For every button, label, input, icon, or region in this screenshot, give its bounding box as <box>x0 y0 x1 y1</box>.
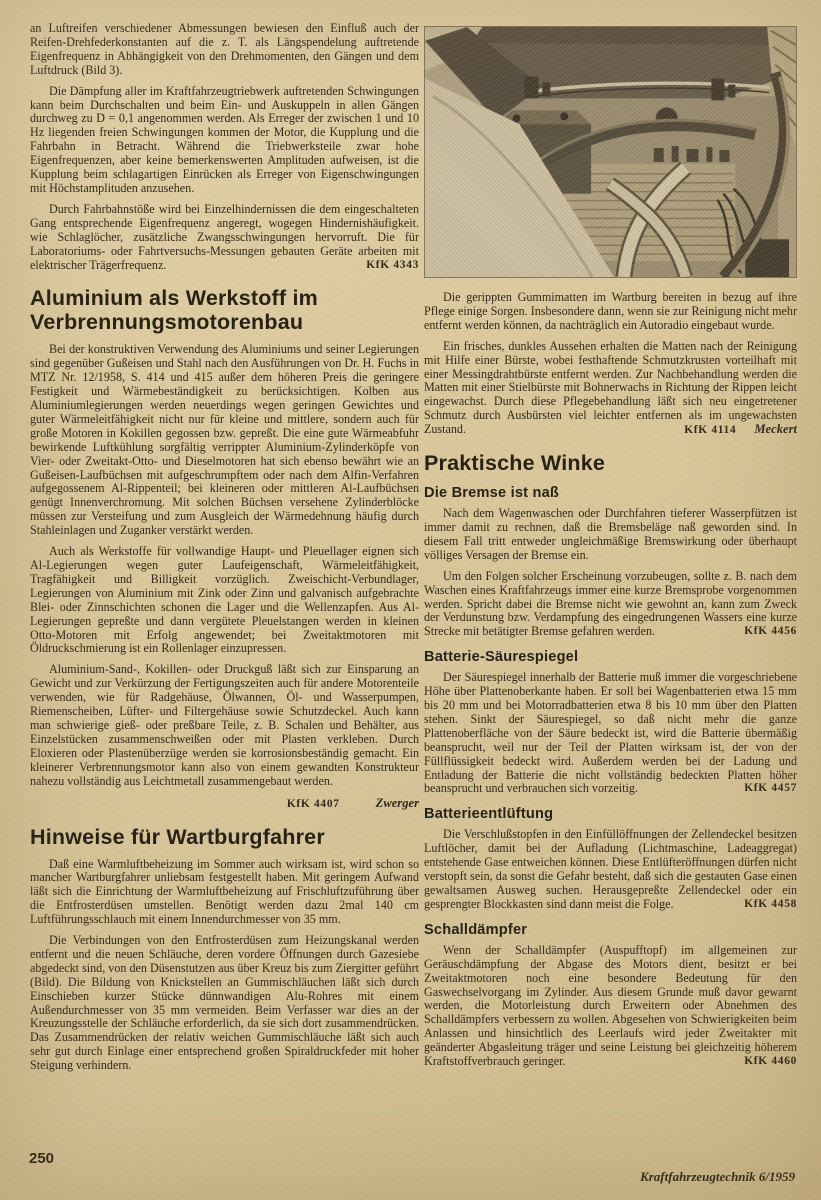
right-column: Die gerippten Gummimatten im Wartburg be… <box>424 26 797 1076</box>
paragraph: Aluminium-Sand-, Kokillen- oder Druckguß… <box>30 663 419 788</box>
paragraph: Die Dämpfung aller im Kraftfahrzeugtrieb… <box>30 85 419 196</box>
paragraph: an Luftreifen verschiedener Abmessungen … <box>30 22 419 78</box>
kfk-reference: KfK 4458 <box>725 898 797 912</box>
article-title-praktische-winke: Praktische Winke <box>424 451 797 475</box>
paragraph: Die gerippten Gummimatten im Wartburg be… <box>424 291 797 333</box>
section-title-saeurespiegel: Batterie-Säurespiegel <box>424 649 797 666</box>
paragraph: Auch als Werkstoffe für vollwandige Haup… <box>30 545 419 656</box>
left-column: an Luftreifen verschiedener Abmessungen … <box>30 22 419 1080</box>
paragraph: Die Verbindungen von den Entfrosterdüsen… <box>30 934 419 1073</box>
section-title-bremse: Die Bremse ist naß <box>424 485 797 502</box>
kfk-reference: KfK 4407 <box>287 798 340 810</box>
paragraph: Durch Fahrbahnstöße wird bei Einzelhinde… <box>30 203 419 273</box>
kfk-reference: KfK 4457 <box>725 782 797 796</box>
paragraph-text: Der Säurespiegel innerhalb der Batterie … <box>424 670 797 795</box>
engine-bay-photo-art <box>425 27 796 277</box>
engine-bay-photo <box>424 26 797 278</box>
paragraph: Nach dem Wagenwaschen oder Durchfahren t… <box>424 507 797 563</box>
reference-group: KfK 4114Meckert <box>665 423 797 438</box>
paragraph-text: Wenn der Schalldämpfer (Auspufftopf) im … <box>424 943 797 1068</box>
paragraph: Die Verschlußstopfen in den Einfüllöffnu… <box>424 828 797 911</box>
section-title-schalldaempfer: Schalldämpfer <box>424 922 797 939</box>
paragraph: Daß eine Warmluftbeheizung im Sommer auc… <box>30 858 419 928</box>
kfk-reference: KfK 4456 <box>725 625 797 639</box>
kfk-reference: KfK 4343 <box>347 259 419 273</box>
journal-footer: Kraftfahrzeugtechnik 6/1959 <box>640 1169 795 1185</box>
paragraph-text: Ein frisches, dunkles Aussehen erhalten … <box>424 339 797 436</box>
magazine-page: an Luftreifen verschiedener Abmessungen … <box>0 0 821 1200</box>
paragraph: Der Säurespiegel innerhalb der Batterie … <box>424 671 797 796</box>
page-number: 250 <box>29 1150 54 1167</box>
paragraph: Wenn der Schalldämpfer (Auspufftopf) im … <box>424 944 797 1069</box>
signature-line: KfK 4407Zwerger <box>30 796 419 811</box>
paragraph: Bei der konstruktiven Verwendung des Alu… <box>30 343 419 538</box>
paragraph: Um den Folgen solcher Erscheinung vorzub… <box>424 570 797 640</box>
paragraph: Ein frisches, dunkles Aussehen erhalten … <box>424 340 797 437</box>
article-title-wartburg: Hinweise für Wartburgfahrer <box>30 825 419 849</box>
kfk-reference: KfK 4114 <box>684 424 736 436</box>
section-title-batterieentlueftung: Batterieentlüftung <box>424 806 797 823</box>
kfk-reference: KfK 4460 <box>725 1055 797 1069</box>
article-title-aluminium: Aluminium als Werkstoff im Verbrennungsm… <box>30 286 419 334</box>
author-name: Zwerger <box>376 796 419 810</box>
author-name: Meckert <box>754 422 797 436</box>
